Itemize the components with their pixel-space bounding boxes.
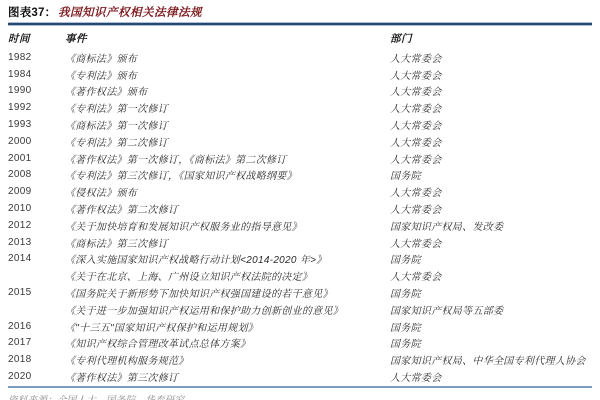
- event-cell: 《商标法》颁布: [65, 49, 390, 66]
- table-row: 2018《专利代理机构服务规范》国家知识产权局、中华全国专利代理人协会: [8, 351, 592, 368]
- event-cell: 《关于进一步加强知识产权运用和保护助力创新创业的意见》: [65, 301, 390, 318]
- year-cell: 2014: [8, 251, 65, 268]
- table-body: 1982《商标法》颁布人大常委会1984《专利法》颁布人大常委会1990《著作权…: [8, 49, 592, 385]
- year-cell: 1990: [8, 83, 65, 100]
- figure-title: 我国知识产权相关法律法规: [58, 4, 202, 20]
- dept-cell: 人大常委会: [390, 150, 592, 167]
- event-cell: 《国务院关于新形势下加快知识产权强国建设的若干意见》: [65, 284, 390, 301]
- year-cell: 2001: [8, 150, 65, 167]
- year-cell: 2009: [8, 183, 65, 200]
- year-cell: 2017: [8, 335, 65, 352]
- event-cell: 《关于加快培育和发展知识产权服务业的指导意见》: [65, 217, 390, 234]
- figure-header: 图表37： 我国知识产权相关法律法规: [8, 3, 592, 22]
- table-row: 《关于在北京、上海、广州设立知识产权法院的决定》人大常委会: [8, 267, 592, 284]
- dept-cell: 人大常委会: [390, 116, 592, 133]
- table-row: 2009《侵权法》颁布人大常委会: [8, 183, 592, 200]
- event-cell: 《关于在北京、上海、广州设立知识产权法院的决定》: [65, 267, 390, 284]
- dept-cell: 国务院: [390, 167, 592, 184]
- column-header-event: 事件: [65, 26, 390, 49]
- column-header-department: 部门: [390, 26, 592, 49]
- table-row: 1992《专利法》第一次修订人大常委会: [8, 99, 592, 116]
- year-cell: 2000: [8, 133, 65, 150]
- event-cell: 《专利代理机构服务规范》: [65, 351, 390, 368]
- dept-cell: 人大常委会: [390, 368, 592, 385]
- year-cell: 1993: [8, 116, 65, 133]
- year-cell: 2012: [8, 217, 65, 234]
- table-row: 2010《著作权法》第二次修订人大常委会: [8, 200, 592, 217]
- table-row: 1982《商标法》颁布人大常委会: [8, 49, 592, 66]
- event-cell: 《专利法》第二次修订: [65, 133, 390, 150]
- year-cell: 1984: [8, 66, 65, 83]
- dept-cell: 人大常委会: [390, 99, 592, 116]
- dept-cell: 人大常委会: [390, 66, 592, 83]
- dept-cell: 人大常委会: [390, 183, 592, 200]
- year-cell: 2010: [8, 200, 65, 217]
- table-row: 2016《"十三五"国家知识产权保护和运用规划》国务院: [8, 318, 592, 335]
- event-cell: 《专利法》颁布: [65, 66, 390, 83]
- year-cell: 2018: [8, 351, 65, 368]
- year-cell: 2013: [8, 234, 65, 251]
- event-cell: 《专利法》第一次修订: [65, 99, 390, 116]
- table-row: 2014《深入实施国家知识产权战略行动计划<2014-2020 年>》国务院: [8, 251, 592, 268]
- table-row: 2012《关于加快培育和发展知识产权服务业的指导意见》国家知识产权局、发改委: [8, 217, 592, 234]
- figure-number-label: 图表37：: [8, 4, 58, 20]
- dept-cell: 国务院: [390, 318, 592, 335]
- event-cell: 《"十三五"国家知识产权保护和运用规划》: [65, 318, 390, 335]
- table-header: 时间 事件 部门: [8, 26, 592, 49]
- event-cell: 《商标法》第一次修订: [65, 116, 390, 133]
- table-row: 1993《商标法》第一次修订人大常委会: [8, 116, 592, 133]
- laws-table: 时间 事件 部门 1982《商标法》颁布人大常委会1984《专利法》颁布人大常委…: [8, 26, 592, 385]
- dept-cell: 人大常委会: [390, 133, 592, 150]
- dept-cell: 国务院: [390, 335, 592, 352]
- dept-cell: 人大常委会: [390, 200, 592, 217]
- table-header-row: 时间 事件 部门: [8, 26, 592, 49]
- dept-cell: 人大常委会: [390, 267, 592, 284]
- report-figure-page: 图表37： 我国知识产权相关法律法规 时间 事件 部门 1982《商标法》颁布人…: [0, 0, 600, 400]
- table-row: 2001《著作权法》第一次修订，《商标法》第二次修订人大常委会: [8, 150, 592, 167]
- event-cell: 《著作权法》第三次修订: [65, 368, 390, 385]
- year-cell: 2020: [8, 368, 65, 385]
- dept-cell: 国家知识产权局、中华全国专利代理人协会: [390, 351, 592, 368]
- event-cell: 《深入实施国家知识产权战略行动计划<2014-2020 年>》: [65, 251, 390, 268]
- event-cell: 《专利法》第三次修订，《国家知识产权战略纲要》: [65, 167, 390, 184]
- event-cell: 《著作权法》第一次修订，《商标法》第二次修订: [65, 150, 390, 167]
- table-row: 2013《商标法》第三次修订人大常委会: [8, 234, 592, 251]
- dept-cell: 国家知识产权局等五部委: [390, 301, 592, 318]
- year-cell: 2016: [8, 318, 65, 335]
- event-cell: 《著作权法》颁布: [65, 83, 390, 100]
- year-cell: 2008: [8, 167, 65, 184]
- source-note: 资料来源：全国人大、国务院、华泰研究: [8, 388, 592, 400]
- year-cell: [8, 301, 65, 318]
- table-row: 1984《专利法》颁布人大常委会: [8, 66, 592, 83]
- event-cell: 《侵权法》颁布: [65, 183, 390, 200]
- table-row: 2020《著作权法》第三次修订人大常委会: [8, 368, 592, 385]
- dept-cell: 人大常委会: [390, 234, 592, 251]
- column-header-time: 时间: [8, 26, 65, 49]
- event-cell: 《知识产权综合管理改革试点总体方案》: [65, 335, 390, 352]
- event-cell: 《著作权法》第二次修订: [65, 200, 390, 217]
- year-cell: 1982: [8, 49, 65, 66]
- dept-cell: 国务院: [390, 284, 592, 301]
- dept-cell: 国家知识产权局、发改委: [390, 217, 592, 234]
- dept-cell: 国务院: [390, 251, 592, 268]
- year-cell: [8, 267, 65, 284]
- dept-cell: 人大常委会: [390, 49, 592, 66]
- table-row: 1990《著作权法》颁布人大常委会: [8, 83, 592, 100]
- table-row: 2008《专利法》第三次修订，《国家知识产权战略纲要》国务院: [8, 167, 592, 184]
- table-row: 《关于进一步加强知识产权运用和保护助力创新创业的意见》国家知识产权局等五部委: [8, 301, 592, 318]
- dept-cell: 人大常委会: [390, 83, 592, 100]
- event-cell: 《商标法》第三次修订: [65, 234, 390, 251]
- table-row: 2000《专利法》第二次修订人大常委会: [8, 133, 592, 150]
- year-cell: 1992: [8, 99, 65, 116]
- year-cell: 2015: [8, 284, 65, 301]
- table-row: 2017《知识产权综合管理改革试点总体方案》国务院: [8, 335, 592, 352]
- table-row: 2015《国务院关于新形势下加快知识产权强国建设的若干意见》国务院: [8, 284, 592, 301]
